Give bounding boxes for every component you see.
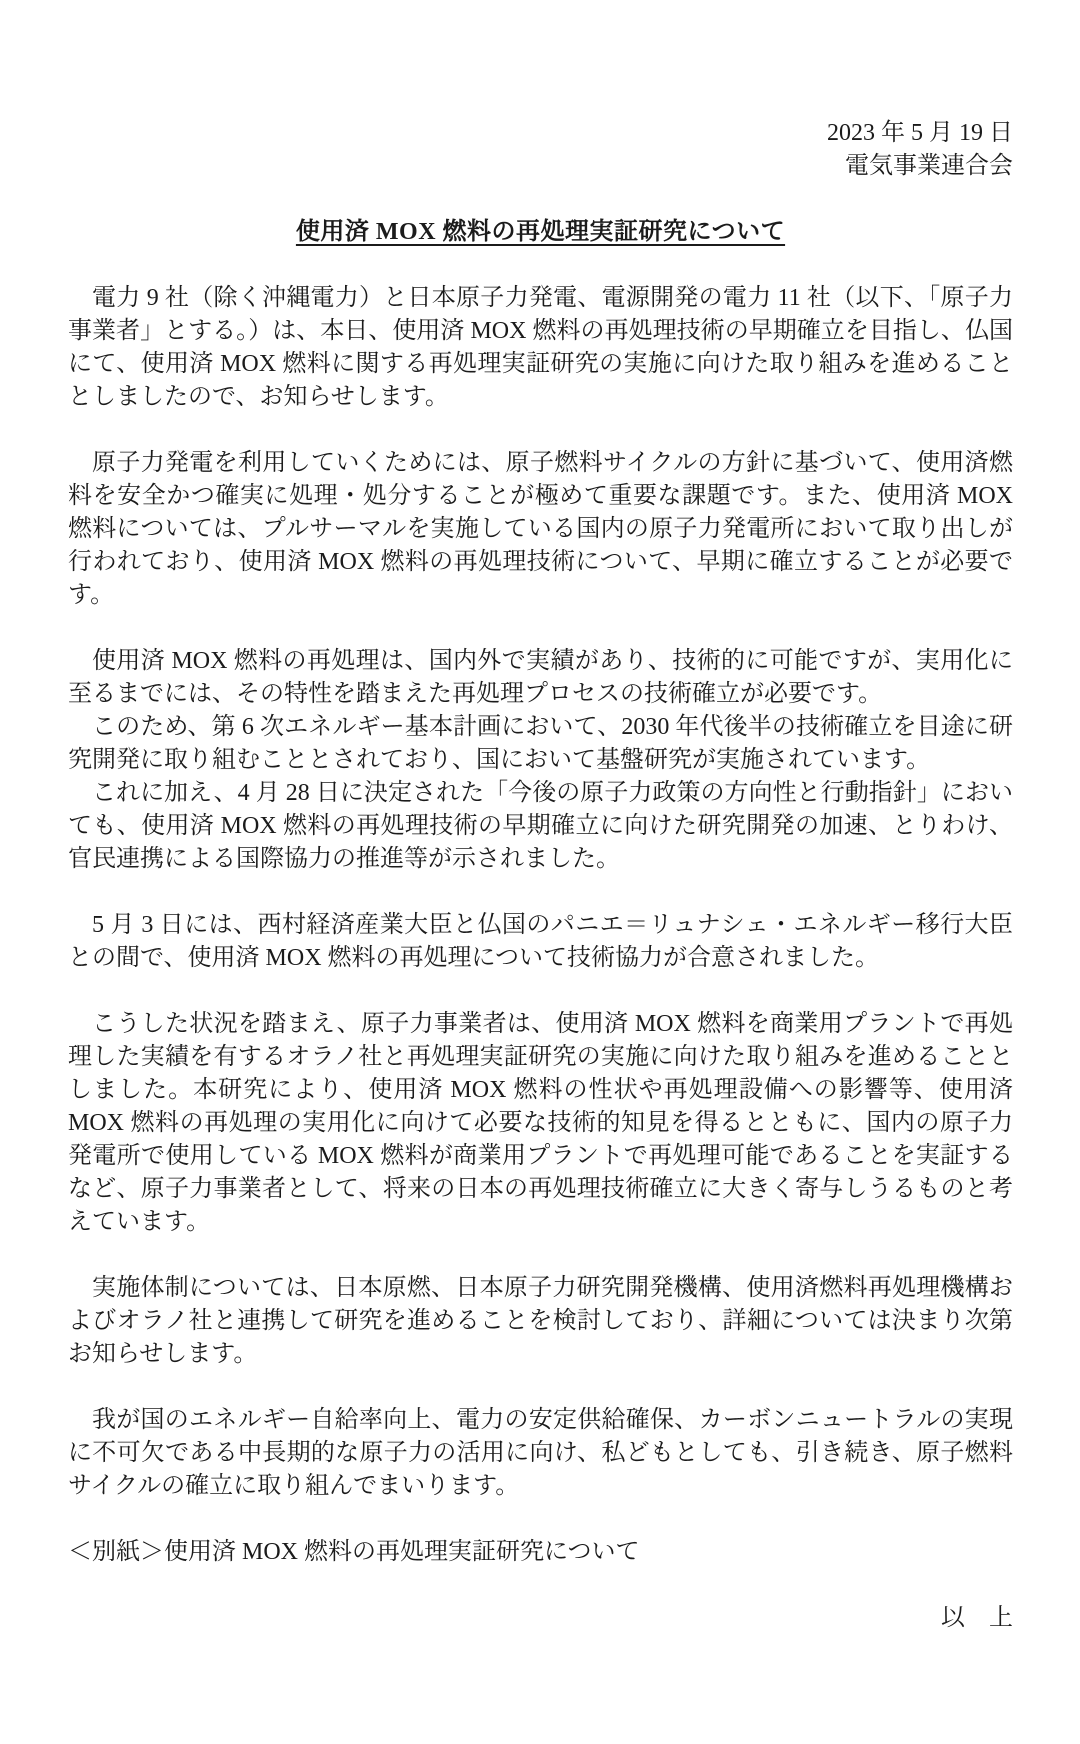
paragraph: 5 月 3 日には、西村経済産業大臣と仏国のパニエ＝リュナシェ・エネルギー移行大… (68, 909, 1013, 975)
document-page: 2023 年 5 月 19 日 電気事業連合会 使用済 MOX 燃料の再処理実証… (0, 0, 1080, 1744)
paragraph: 実施体制については、日本原燃、日本原子力研究開発機構、使用済燃料再処理機構および… (68, 1272, 1013, 1371)
document-title-text: 使用済 MOX 燃料の再処理実証研究について (296, 219, 785, 245)
document-header: 2023 年 5 月 19 日 電気事業連合会 (68, 117, 1013, 183)
paragraph: 原子力発電を利用していくためには、原子燃料サイクルの方針に基づいて、使用済燃料を… (68, 447, 1013, 612)
paragraph: これに加え、4 月 28 日に決定された「今後の原子力政策の方向性と行動指針」に… (68, 777, 1013, 876)
document-content: 2023 年 5 月 19 日 電気事業連合会 使用済 MOX 燃料の再処理実証… (0, 0, 1080, 1635)
document-body: 電力 9 社（除く沖縄電力）と日本原子力発電、電源開発の電力 11 社（以下、「… (68, 282, 1013, 1503)
paragraph-block: 使用済 MOX 燃料の再処理は、国内外で実績があり、技術的に可能ですが、実用化に… (68, 645, 1013, 876)
paragraph-block: こうした状況を踏まえ、原子力事業者は、使用済 MOX 燃料を商業用プラントで再処… (68, 1008, 1013, 1239)
paragraph-block: 原子力発電を利用していくためには、原子燃料サイクルの方針に基づいて、使用済燃料を… (68, 447, 1013, 612)
paragraph-block: 実施体制については、日本原燃、日本原子力研究開発機構、使用済燃料再処理機構および… (68, 1272, 1013, 1371)
document-title: 使用済 MOX 燃料の再処理実証研究について (68, 216, 1013, 249)
document-date: 2023 年 5 月 19 日 (68, 117, 1013, 150)
paragraph: こうした状況を踏まえ、原子力事業者は、使用済 MOX 燃料を商業用プラントで再処… (68, 1008, 1013, 1239)
paragraph: 使用済 MOX 燃料の再処理は、国内外で実績があり、技術的に可能ですが、実用化に… (68, 645, 1013, 711)
attachment-note: ＜別紙＞使用済 MOX 燃料の再処理実証研究について (68, 1536, 1013, 1569)
paragraph-block: 5 月 3 日には、西村経済産業大臣と仏国のパニエ＝リュナシェ・エネルギー移行大… (68, 909, 1013, 975)
paragraph: このため、第 6 次エネルギー基本計画において、2030 年代後半の技術確立を目… (68, 711, 1013, 777)
paragraph: 電力 9 社（除く沖縄電力）と日本原子力発電、電源開発の電力 11 社（以下、「… (68, 282, 1013, 414)
paragraph-block: 我が国のエネルギー自給率向上、電力の安定供給確保、カーボンニュートラルの実現に不… (68, 1404, 1013, 1503)
paragraph-block: 電力 9 社（除く沖縄電力）と日本原子力発電、電源開発の電力 11 社（以下、「… (68, 282, 1013, 414)
paragraph: 我が国のエネルギー自給率向上、電力の安定供給確保、カーボンニュートラルの実現に不… (68, 1404, 1013, 1503)
organization-name: 電気事業連合会 (68, 150, 1013, 183)
closing-mark: 以 上 (68, 1602, 1013, 1635)
